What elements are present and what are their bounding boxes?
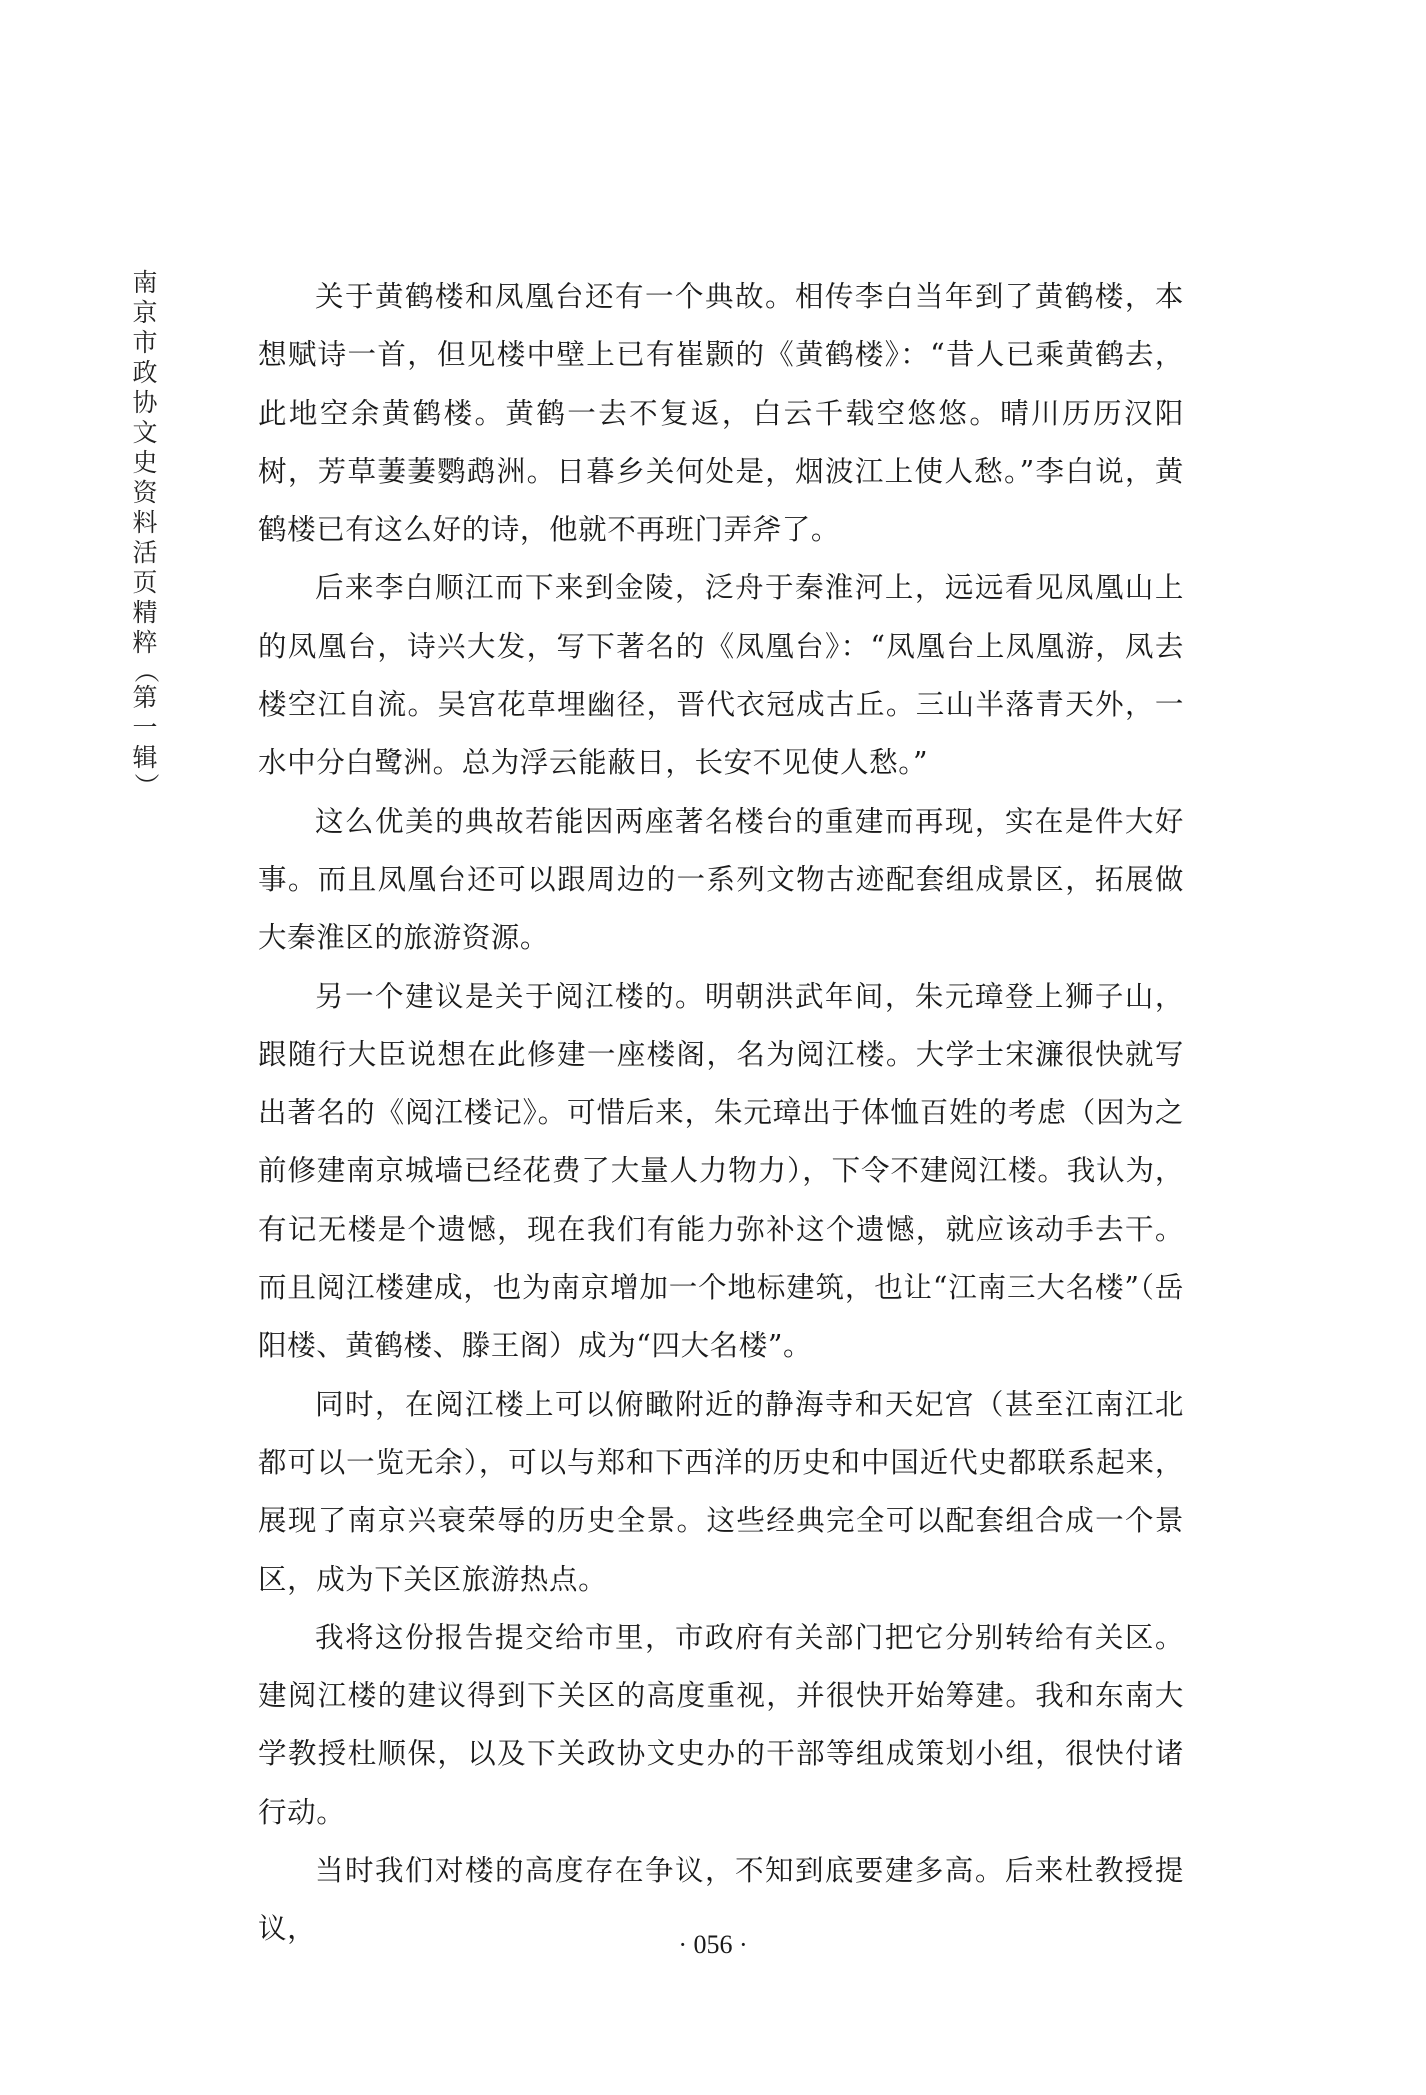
side-char: 市 [132,328,157,358]
page-number: · 056 · [0,1930,1426,1960]
running-header-vertical: 南 京 市 政 协 文 史 资 料 活 页 精 粹 （ 第 一 辑 ） [128,268,162,798]
paragraph: 这么优美的典故若能因两座著名楼台的重建而再现，实在是件大好事。而且凤凰台还可以跟… [258,793,1184,968]
body-text: 关于黄鹤楼和凤凰台还有一个典故。相传李白当年到了黄鹤楼，本想赋诗一首，但见楼中壁… [258,268,1184,1959]
side-char: 资 [132,478,157,508]
side-char: 辑 [132,743,157,773]
side-char: 精 [132,598,157,628]
paragraph: 后来李白顺江而下来到金陵，泛舟于秦淮河上，远远看见凤凰山上的凤凰台，诗兴大发，写… [258,559,1184,792]
side-paren-open: （ [132,658,158,683]
side-char: 料 [132,508,157,538]
side-char: 政 [132,358,157,388]
side-char: 文 [132,418,157,448]
side-char: 活 [132,538,157,568]
side-char: 页 [132,568,157,598]
side-paren-close: ） [132,773,158,798]
side-char: 京 [132,298,157,328]
paragraph: 同时，在阅江楼上可以俯瞰附近的静海寺和天妃宫（甚至江南江北都可以一览无余），可以… [258,1376,1184,1609]
paragraph: 关于黄鹤楼和凤凰台还有一个典故。相传李白当年到了黄鹤楼，本想赋诗一首，但见楼中壁… [258,268,1184,559]
paragraph: 我将这份报告提交给市里，市政府有关部门把它分别转给有关区。建阅江楼的建议得到下关… [258,1609,1184,1842]
side-char: 南 [132,268,157,298]
paragraph: 另一个建议是关于阅江楼的。明朝洪武年间，朱元璋登上狮子山，跟随行大臣说想在此修建… [258,968,1184,1376]
side-char: 一 [132,713,157,743]
side-char: 史 [132,448,157,478]
side-char: 粹 [132,628,157,658]
side-char: 第 [132,683,157,713]
side-char: 协 [132,388,157,418]
